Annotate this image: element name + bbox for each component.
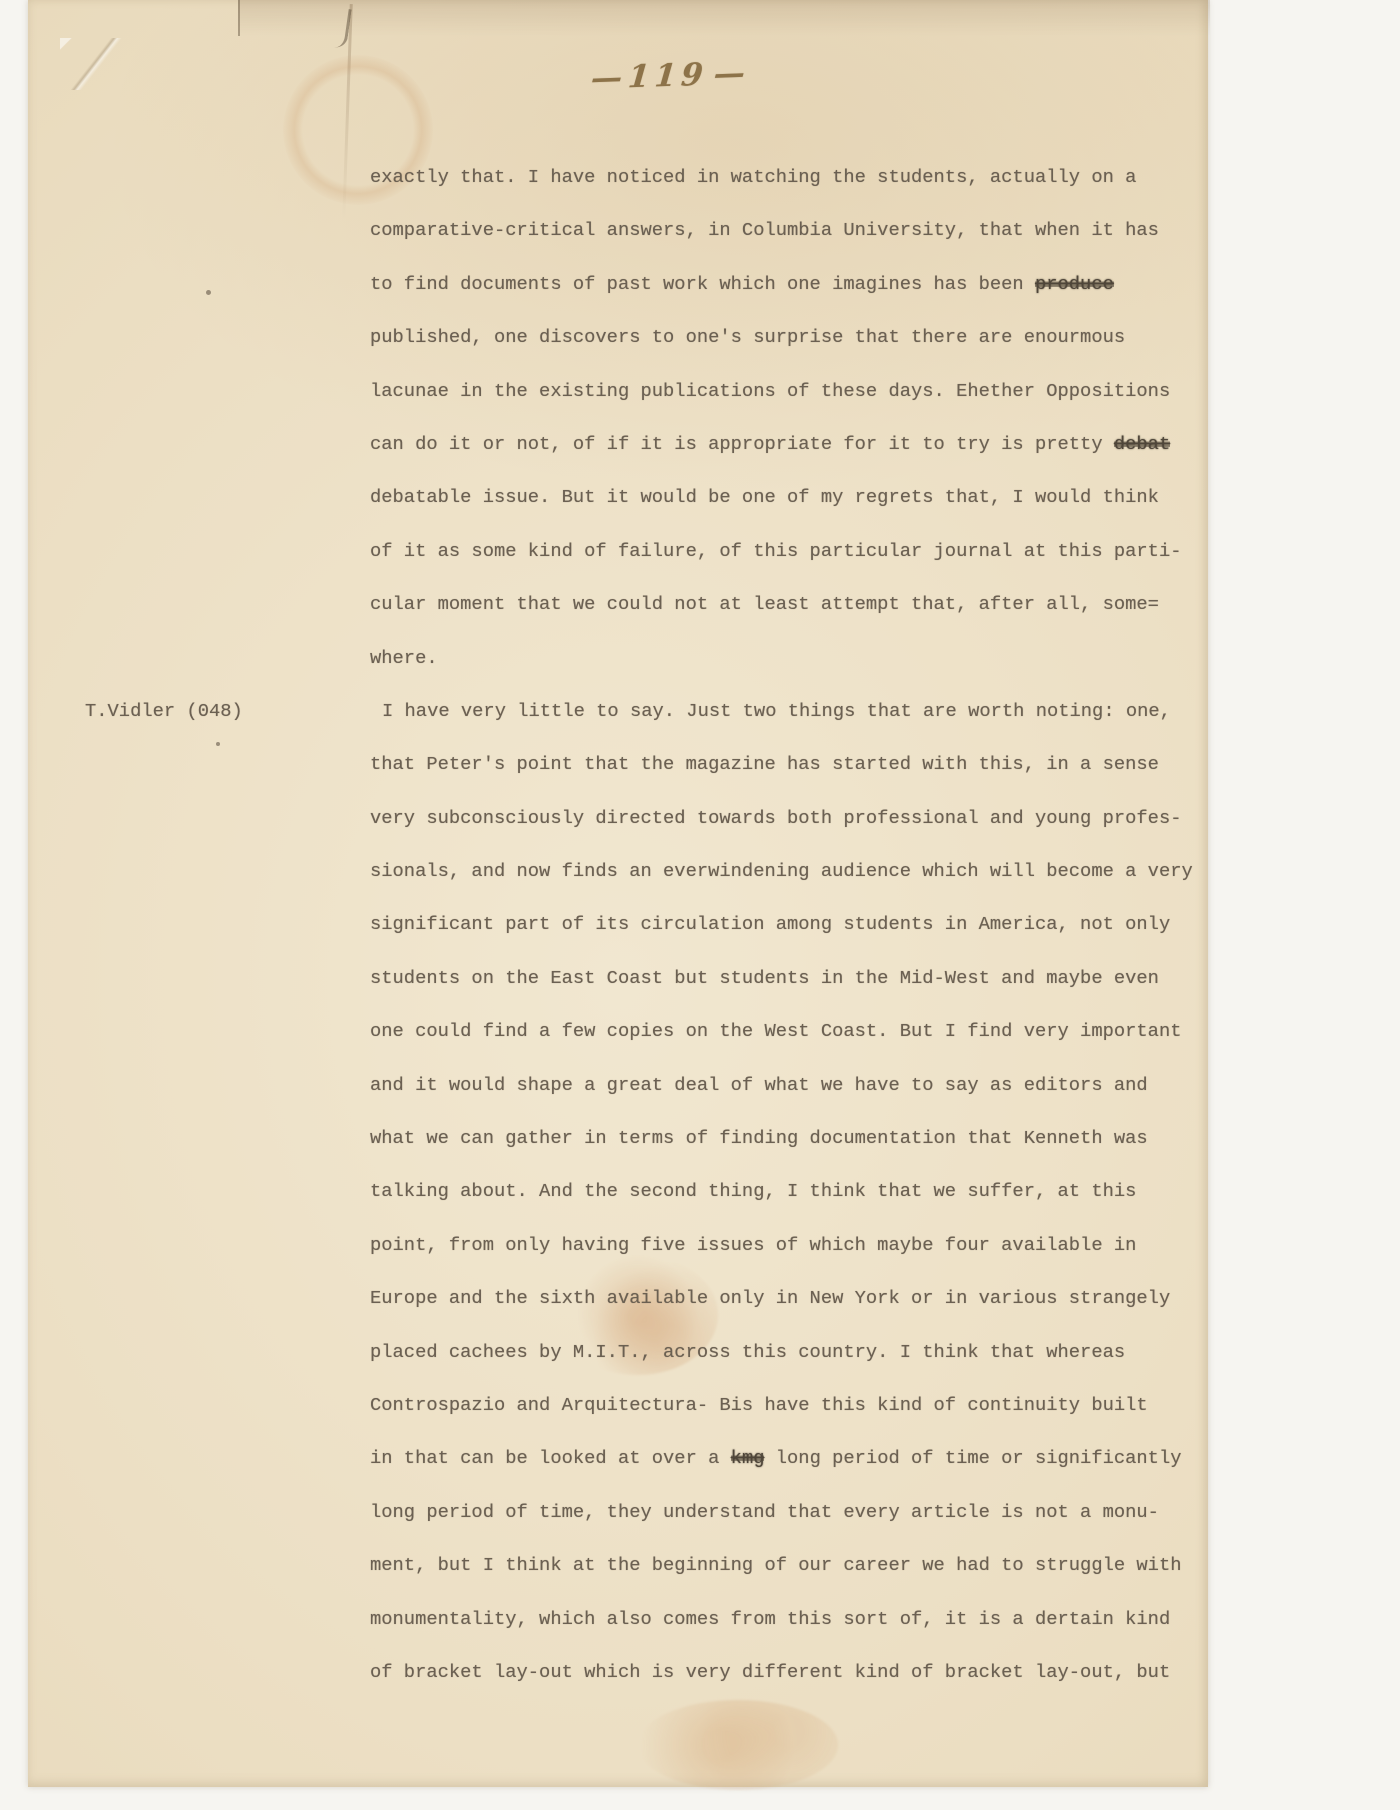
typed-text: Europe and the sixth available only in N… bbox=[370, 1287, 1170, 1309]
stain-mark bbox=[638, 1700, 838, 1790]
struck-word: kmg bbox=[731, 1447, 765, 1469]
typed-text: Controspazio and Arquitectura- Bis have … bbox=[370, 1394, 1148, 1416]
typed-text: monumentality, which also comes from thi… bbox=[370, 1608, 1170, 1630]
typed-line: long period of time, they understand tha… bbox=[370, 1486, 1220, 1539]
page-number-dash: — bbox=[706, 55, 752, 93]
typed-text: I have very little to say. Just two thin… bbox=[382, 700, 1171, 722]
typed-line: debatable issue. But it would be one of … bbox=[370, 471, 1220, 524]
typed-line: lacunae in the existing publications of … bbox=[370, 365, 1220, 418]
typed-text: what we can gather in terms of finding d… bbox=[370, 1127, 1148, 1149]
page-number-value: 119 bbox=[627, 57, 710, 96]
typed-text: cular moment that we could not at least … bbox=[370, 593, 1159, 615]
typed-text: published, one discovers to one's surpri… bbox=[370, 326, 1125, 348]
typed-text: that Peter's point that the magazine has… bbox=[370, 753, 1159, 775]
typed-line: comparative-critical answers, in Columbi… bbox=[370, 204, 1220, 257]
typed-line: students on the East Coast but students … bbox=[370, 952, 1220, 1005]
typed-line: I have very little to say. Just two thin… bbox=[370, 685, 1220, 738]
struck-word: produce bbox=[1035, 273, 1114, 295]
typed-line: significant part of its circulation amon… bbox=[370, 898, 1220, 951]
typed-text: to find documents of past work which one… bbox=[370, 273, 1035, 295]
typed-line: sionals, and now finds an everwindening … bbox=[370, 845, 1220, 898]
document-page: —119— T.Vidler (048) exactly that. I hav… bbox=[28, 0, 1208, 1787]
typed-text: comparative-critical answers, in Columbi… bbox=[370, 219, 1159, 241]
typed-line: of bracket lay-out which is very differe… bbox=[370, 1646, 1220, 1699]
typed-line: monumentality, which also comes from thi… bbox=[370, 1593, 1220, 1646]
scan-background: —119— T.Vidler (048) exactly that. I hav… bbox=[0, 0, 1400, 1810]
typed-line: cular moment that we could not at least … bbox=[370, 578, 1220, 631]
typed-line: ment, but I think at the beginning of ou… bbox=[370, 1539, 1220, 1592]
typed-text: lacunae in the existing publications of … bbox=[370, 380, 1170, 402]
typed-text: long period of time or significantly bbox=[764, 1447, 1181, 1469]
typed-text: significant part of its circulation amon… bbox=[370, 913, 1170, 935]
typed-line: in that can be looked at over a kmg long… bbox=[370, 1432, 1220, 1485]
typed-line: what we can gather in terms of finding d… bbox=[370, 1112, 1220, 1165]
typed-text: very subconsciously directed towards bot… bbox=[370, 807, 1181, 829]
typed-text: where. bbox=[370, 647, 438, 669]
typed-text-block: exactly that. I have noticed in watching… bbox=[370, 151, 1220, 1699]
typed-text: talking about. And the second thing, I t… bbox=[370, 1180, 1136, 1202]
typed-text: sionals, and now finds an everwindening … bbox=[370, 860, 1193, 882]
page-number: —119— bbox=[571, 55, 764, 98]
typed-line: exactly that. I have noticed in watching… bbox=[370, 151, 1220, 204]
typed-line: point, from only having five issues of w… bbox=[370, 1219, 1220, 1272]
typed-line: that Peter's point that the magazine has… bbox=[370, 738, 1220, 791]
typed-line: Controspazio and Arquitectura- Bis have … bbox=[370, 1379, 1220, 1432]
typed-line: to find documents of past work which one… bbox=[370, 258, 1220, 311]
corner-crease-mark bbox=[60, 38, 130, 90]
typed-text: point, from only having five issues of w… bbox=[370, 1234, 1136, 1256]
typed-text: placed cachees by M.I.T., across this co… bbox=[370, 1341, 1125, 1363]
typed-text: can do it or not, of if it is appropriat… bbox=[370, 433, 1114, 455]
paper-top-edge-shadow bbox=[238, 0, 1210, 36]
typed-line: can do it or not, of if it is appropriat… bbox=[370, 418, 1220, 471]
typed-text: students on the East Coast but students … bbox=[370, 967, 1159, 989]
typed-line: Europe and the sixth available only in N… bbox=[370, 1272, 1220, 1325]
page-number-dash: — bbox=[584, 59, 630, 97]
stray-ink-dot bbox=[216, 742, 220, 746]
typed-line: one could find a few copies on the West … bbox=[370, 1005, 1220, 1058]
typed-line: and it would shape a great deal of what … bbox=[370, 1059, 1220, 1112]
stray-ink-dot bbox=[206, 290, 211, 295]
typed-text: in that can be looked at over a bbox=[370, 1447, 731, 1469]
typed-line: talking about. And the second thing, I t… bbox=[370, 1165, 1220, 1218]
typed-text: ment, but I think at the beginning of ou… bbox=[370, 1554, 1181, 1576]
typed-text: and it would shape a great deal of what … bbox=[370, 1074, 1148, 1096]
typed-line: of it as some kind of failure, of this p… bbox=[370, 525, 1220, 578]
typed-line: where. bbox=[370, 632, 1220, 685]
typed-text: long period of time, they understand tha… bbox=[370, 1501, 1159, 1523]
typed-line: very subconsciously directed towards bot… bbox=[370, 792, 1220, 845]
typed-text: debatable issue. But it would be one of … bbox=[370, 486, 1159, 508]
typed-text: exactly that. I have noticed in watching… bbox=[370, 166, 1136, 188]
typed-line: placed cachees by M.I.T., across this co… bbox=[370, 1326, 1220, 1379]
typed-text: one could find a few copies on the West … bbox=[370, 1020, 1181, 1042]
typed-text: of bracket lay-out which is very differe… bbox=[370, 1661, 1170, 1683]
struck-word: debat bbox=[1114, 433, 1170, 455]
typed-text: of it as some kind of failure, of this p… bbox=[370, 540, 1181, 562]
typed-line: published, one discovers to one's surpri… bbox=[370, 311, 1220, 364]
speaker-label: T.Vidler (048) bbox=[85, 685, 243, 738]
